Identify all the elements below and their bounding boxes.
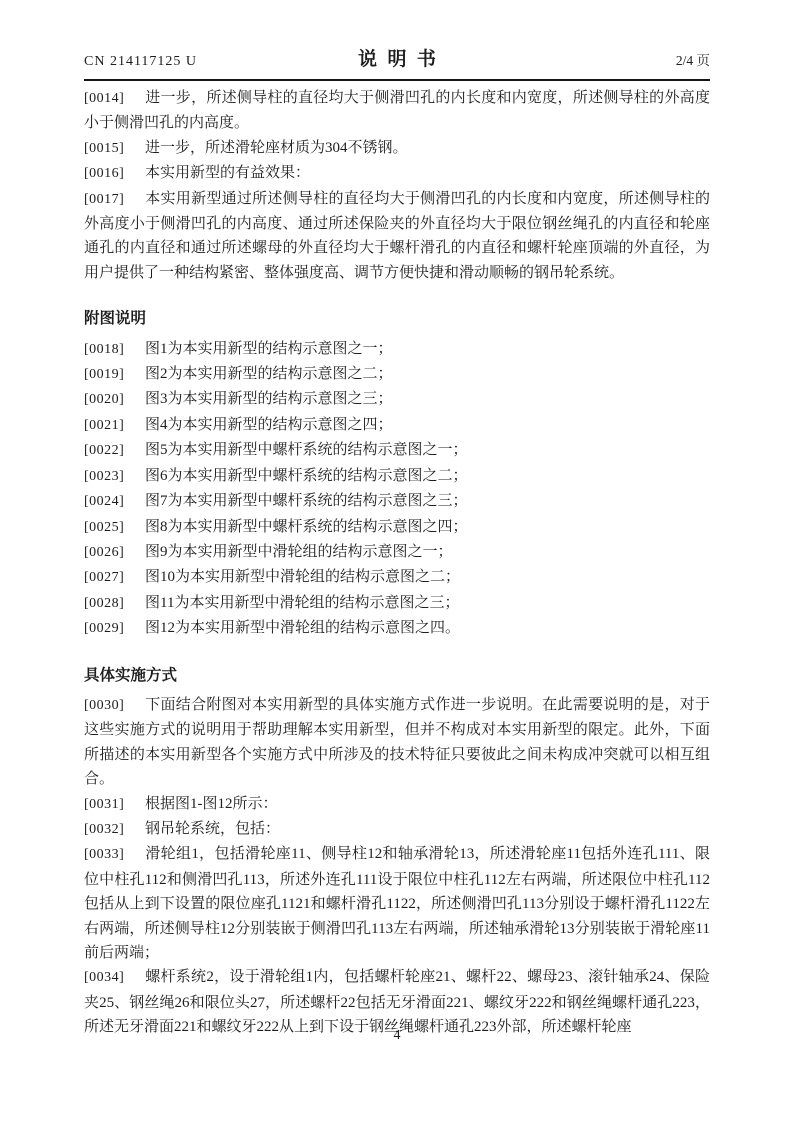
paragraph-number: [0017] xyxy=(84,188,145,212)
paragraph-text: 图7为本实用新型中螺杆系统的结构示意图之三； xyxy=(145,493,468,509)
paragraph-text: 本实用新型通过所述侧导柱的直径均大于侧滑凹孔的内长度和内宽度，所述侧导柱的外高度… xyxy=(84,191,710,281)
paragraph: [0017]本实用新型通过所述侧导柱的直径均大于侧滑凹孔的内长度和内宽度，所述侧… xyxy=(84,187,710,286)
paragraph-number: [0033] xyxy=(84,843,145,867)
paragraph: [0016]本实用新型的有益效果： xyxy=(84,161,710,186)
paragraph: [0030]下面结合附图对本实用新型的具体实施方式作进一步说明。在此需要说明的是… xyxy=(84,693,710,792)
paragraph-text: 进一步，所述侧导柱的直径均大于侧滑凹孔的内长度和内宽度，所述侧导柱的外高度小于侧… xyxy=(84,90,710,131)
paragraph: [0023]图6为本实用新型中螺杆系统的结构示意图之二； xyxy=(84,464,710,489)
paragraph-text: 图8为本实用新型中螺杆系统的结构示意图之四； xyxy=(145,519,468,535)
page-number: 4 xyxy=(394,1028,401,1043)
paragraph-text: 滑轮组1，包括滑轮座11、侧导柱12和轴承滑轮13，所述滑轮座11包括外连孔11… xyxy=(84,846,710,961)
paragraph-number: [0027] xyxy=(84,566,145,590)
page-footer: 4 xyxy=(0,1028,794,1044)
paragraph-number: [0021] xyxy=(84,414,145,438)
paragraph: [0022]图5为本实用新型中螺杆系统的结构示意图之一； xyxy=(84,438,710,463)
paragraph-number: [0014] xyxy=(84,87,145,111)
paragraph-text: 进一步，所述滑轮座材质为304不锈钢。 xyxy=(145,140,408,156)
paragraph-number: [0019] xyxy=(84,363,145,387)
document-title: 说明书 xyxy=(358,44,446,71)
paragraph-number: [0016] xyxy=(84,162,145,186)
paragraph: [0024]图7为本实用新型中螺杆系统的结构示意图之三； xyxy=(84,489,710,514)
page-header: CN 214117125 U 说明书 2/4 页 xyxy=(84,44,710,81)
publication-number: CN 214117125 U xyxy=(84,54,197,70)
paragraph-text: 下面结合附图对本实用新型的具体实施方式作进一步说明。在此需要说明的是，对于这些实… xyxy=(84,697,710,787)
paragraph-text: 图4为本实用新型的结构示意图之四； xyxy=(145,417,393,433)
paragraph-text: 图12为本实用新型中滑轮组的结构示意图之四。 xyxy=(145,620,460,636)
paragraph: [0018]图1为本实用新型的结构示意图之一； xyxy=(84,337,710,362)
paragraph-text: 根据图1-图12所示： xyxy=(145,796,278,812)
paragraph: [0020]图3为本实用新型的结构示意图之三； xyxy=(84,387,710,412)
paragraph-number: [0026] xyxy=(84,541,145,565)
paragraph-number: [0029] xyxy=(84,617,145,641)
paragraph-number: [0028] xyxy=(84,592,145,616)
paragraph-number: [0015] xyxy=(84,137,145,161)
paragraph: [0032]钢吊轮系统，包括： xyxy=(84,817,710,842)
paragraph-number: [0032] xyxy=(84,818,145,842)
paragraph-number: [0020] xyxy=(84,388,145,412)
paragraph-text: 图9为本实用新型中滑轮组的结构示意图之一； xyxy=(145,544,453,560)
document-body: [0014]进一步，所述侧导柱的直径均大于侧滑凹孔的内长度和内宽度，所述侧导柱的… xyxy=(84,86,710,1040)
paragraph-number: [0023] xyxy=(84,465,145,489)
paragraph-text: 图10为本实用新型中滑轮组的结构示意图之二； xyxy=(145,569,460,585)
paragraph-text: 图5为本实用新型中螺杆系统的结构示意图之一； xyxy=(145,442,468,458)
paragraph: [0033]滑轮组1，包括滑轮座11、侧导柱12和轴承滑轮13，所述滑轮座11包… xyxy=(84,842,710,965)
paragraph-number: [0025] xyxy=(84,516,145,540)
paragraph-text: 图1为本实用新型的结构示意图之一； xyxy=(145,341,393,357)
section-heading: 具体实施方式 xyxy=(84,664,710,688)
paragraph-number: [0024] xyxy=(84,490,145,514)
paragraph: [0025]图8为本实用新型中螺杆系统的结构示意图之四； xyxy=(84,515,710,540)
section-heading: 附图说明 xyxy=(84,307,710,331)
paragraph-text: 图2为本实用新型的结构示意图之二； xyxy=(145,366,393,382)
paragraph-number: [0030] xyxy=(84,694,145,718)
paragraph-number: [0031] xyxy=(84,793,145,817)
paragraph-text: 螺杆系统2，设于滑轮组1内，包括螺杆轮座21、螺杆22、螺母23、滚针轴承24、… xyxy=(84,969,710,1035)
paragraph-number: [0034] xyxy=(84,966,145,990)
paragraph: [0015]进一步，所述滑轮座材质为304不锈钢。 xyxy=(84,136,710,161)
paragraph: [0031]根据图1-图12所示： xyxy=(84,792,710,817)
paragraph-number: [0022] xyxy=(84,439,145,463)
paragraph: [0027]图10为本实用新型中滑轮组的结构示意图之二； xyxy=(84,565,710,590)
paragraph: [0014]进一步，所述侧导柱的直径均大于侧滑凹孔的内长度和内宽度，所述侧导柱的… xyxy=(84,86,710,136)
paragraph: [0026]图9为本实用新型中滑轮组的结构示意图之一； xyxy=(84,540,710,565)
paragraph: [0029]图12为本实用新型中滑轮组的结构示意图之四。 xyxy=(84,616,710,641)
paragraph-number: [0018] xyxy=(84,338,145,362)
paragraph-text: 钢吊轮系统，包括： xyxy=(145,821,280,837)
patent-specification-page: CN 214117125 U 说明书 2/4 页 [0014]进一步，所述侧导柱… xyxy=(0,0,794,1123)
paragraph: [0021]图4为本实用新型的结构示意图之四； xyxy=(84,413,710,438)
page-indicator: 2/4 页 xyxy=(676,49,710,69)
paragraph: [0019]图2为本实用新型的结构示意图之二； xyxy=(84,362,710,387)
paragraph: [0028]图11为本实用新型中滑轮组的结构示意图之三； xyxy=(84,591,710,616)
paragraph-text: 图3为本实用新型的结构示意图之三； xyxy=(145,391,393,407)
paragraph-text: 图11为本实用新型中滑轮组的结构示意图之三； xyxy=(145,595,459,611)
paragraph-text: 图6为本实用新型中螺杆系统的结构示意图之二； xyxy=(145,468,468,484)
paragraph-text: 本实用新型的有益效果： xyxy=(145,165,310,181)
